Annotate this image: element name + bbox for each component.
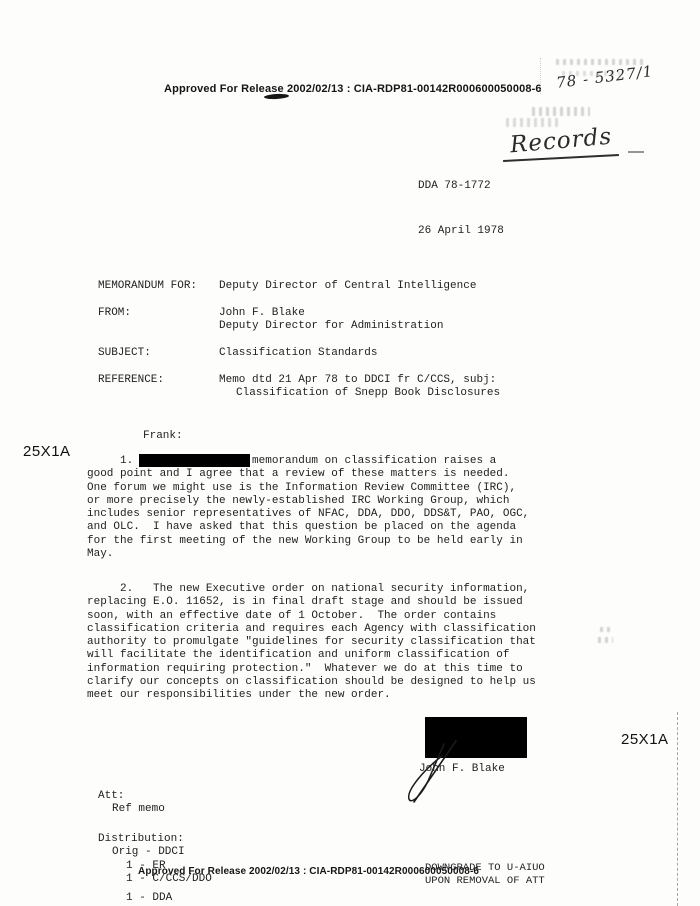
reference-line2: Classification of Snepp Book Disclosures [236, 387, 500, 400]
attachment-value: Ref memo [112, 803, 165, 816]
scan-artifact [600, 627, 613, 632]
signature-name: John F. Blake [419, 763, 505, 776]
reference-label: REFERENCE: [98, 374, 164, 387]
distribution-orig: Orig - DDCI [112, 846, 185, 859]
records-underline-tail [628, 151, 644, 153]
salutation: Frank: [143, 430, 183, 443]
memo-page: Approved For Release 2002/02/13 : CIA-RD… [0, 0, 700, 906]
downgrade-note-line2: UPON REMOVAL OF ATT [425, 875, 545, 888]
handwritten-file-number: 78 - 5327/1 [555, 62, 654, 92]
distribution-label: Distribution: [98, 833, 184, 846]
memo-for-value: Deputy Director of Central Intelligence [219, 280, 476, 293]
distribution-dda: 1 - DDA [126, 892, 172, 905]
stamp-ink-smudge [264, 93, 289, 99]
doc-date: 26 April 1978 [418, 225, 504, 238]
page-fold-dashed-line [677, 712, 678, 906]
faint-stamp-artifact [532, 107, 590, 116]
margin-marking-left: 25X1A [23, 443, 71, 460]
subject-label: SUBJECT: [98, 347, 151, 360]
release-stamp-top: Approved For Release 2002/02/13 : CIA-RD… [164, 83, 542, 95]
downgrade-note-line1: DOWNGRADE TO U-AIUO [425, 862, 545, 875]
doc-number: DDA 78-1772 [418, 180, 491, 193]
scan-artifact [598, 637, 613, 643]
handwritten-records-note: Records [509, 124, 613, 159]
body-paragraph-2: 2. The new Executive order on national s… [87, 583, 536, 703]
signature-scribble [398, 716, 468, 808]
attachment-label: Att: [98, 790, 124, 803]
body-paragraph-1: 1. memorandum on classification raises a… [87, 455, 529, 561]
subject-value: Classification Standards [219, 347, 377, 360]
from-name: John F. Blake [219, 307, 305, 320]
from-title: Deputy Director for Administration [219, 320, 443, 333]
from-label: FROM: [98, 307, 131, 320]
margin-marking-right: 25X1A [621, 731, 669, 748]
memo-for-label: MEMORANDUM FOR: [98, 280, 197, 293]
faint-stamp-artifact [506, 118, 558, 127]
faint-stamp-border [540, 58, 541, 94]
redaction-box-inline [139, 454, 250, 467]
reference-line1: Memo dtd 21 Apr 78 to DDCI fr C/CCS, sub… [219, 374, 496, 387]
